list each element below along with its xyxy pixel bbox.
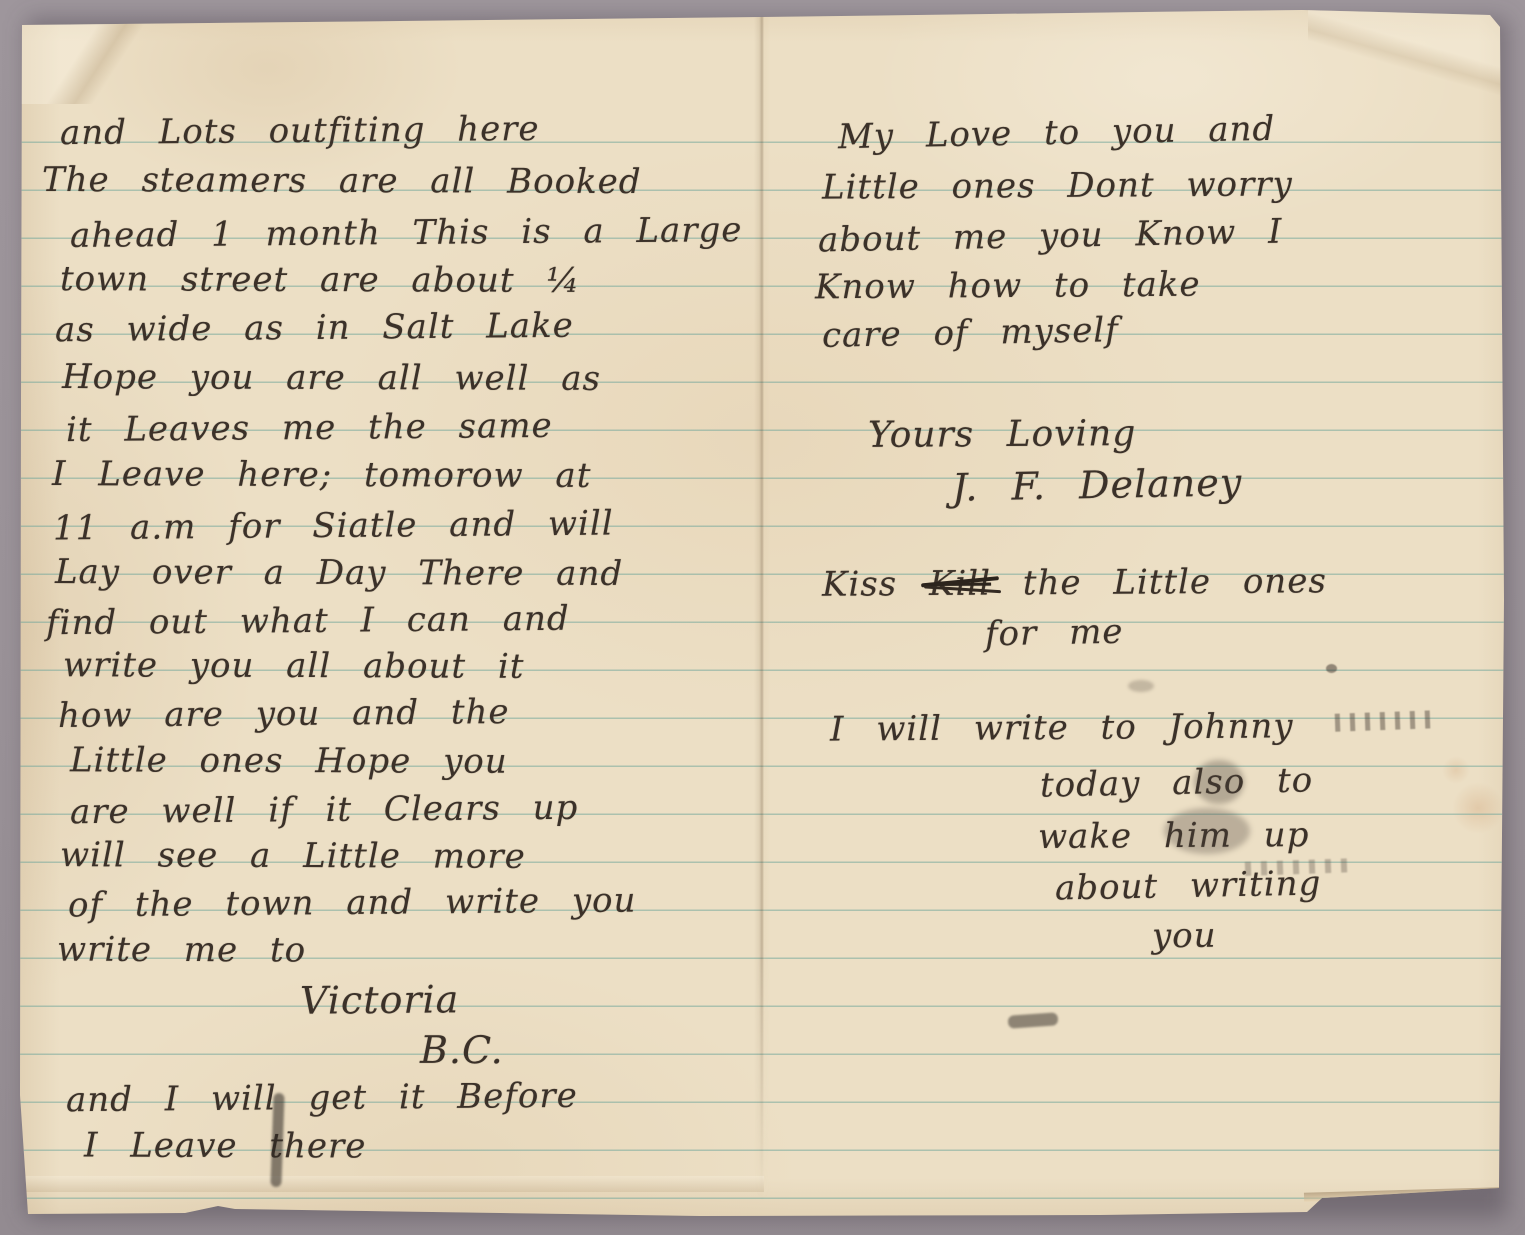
handwriting-line: you	[1152, 914, 1217, 958]
crossed-out-word: Kill	[929, 562, 991, 606]
handwriting-line: Kiss Kill the Little ones	[822, 559, 1327, 607]
handwriting-line: I will write to Johnny	[830, 704, 1294, 751]
handwriting-line: today also to	[1040, 758, 1314, 807]
handwriting-line: for me	[985, 610, 1124, 657]
handwriting-line: Yours Loving	[868, 412, 1137, 458]
handwriting-line: about me you Know I	[818, 210, 1283, 263]
handwriting-line: My Love to you and	[838, 107, 1276, 159]
handwriting-line: wake him up	[1038, 813, 1310, 859]
handwriting-line: care of myself	[822, 308, 1120, 358]
handwriting-line: Little ones Dont worry	[822, 162, 1293, 209]
handwriting-line: Know how to take	[815, 263, 1201, 310]
letter-page-right: My Love to you andLittle ones Dont worry…	[0, 0, 1525, 1235]
handwriting-line: J. F. Delaney	[952, 460, 1243, 510]
handwriting-line: about writing	[1055, 861, 1322, 910]
photo-of-letter: and Lots outfiting hereThe steamers are …	[0, 0, 1525, 1235]
